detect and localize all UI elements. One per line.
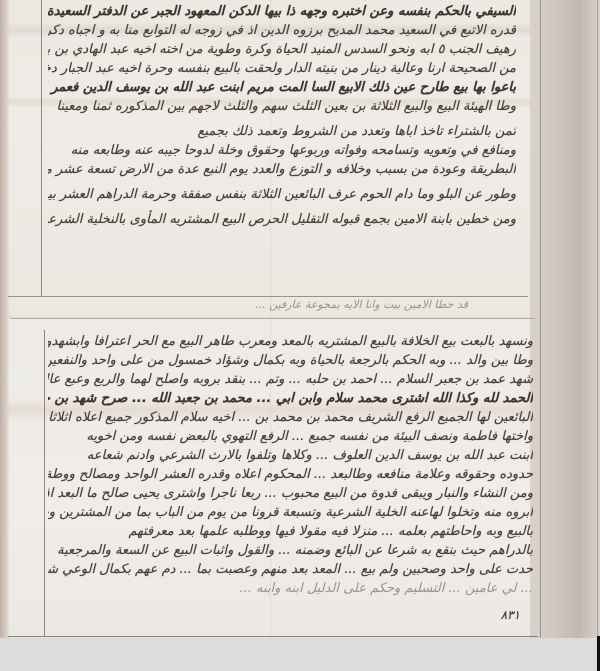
scanned-document: السيفي بالحكم بنفسه وعن اختبره وجهه ذا ب… bbox=[0, 0, 600, 638]
right-paper-edge bbox=[530, 0, 600, 638]
folio-note: ٨٣١ bbox=[480, 606, 520, 625]
manuscript-line: ومنافع في وتعويه وتسامحه وفواته وربوعها … bbox=[48, 141, 516, 160]
right-margin-rule bbox=[597, 0, 598, 638]
manuscript-line: وطا بين والد ... وبه الحكم بالرجعة بالحي… bbox=[48, 351, 533, 370]
manuscript-line: ومن خطين بابنة الامين بجمع قبوله التقليل… bbox=[48, 210, 516, 229]
left-margin-rule bbox=[44, 330, 45, 636]
manuscript-line: ... لي عامين ... التسليم وحكم على الدليل… bbox=[48, 579, 533, 598]
manuscript-line: ومن النشاء والنبار ويبقى فدوة من البيع م… bbox=[48, 484, 533, 503]
bottom-edge bbox=[8, 636, 538, 637]
manuscript-line: حدت على واحد وصحبين ولم بيع ... المعد بع… bbox=[48, 560, 533, 579]
upper-text-block: السيفي بالحكم بنفسه وعن اختبره وجهه ذا ب… bbox=[48, 2, 516, 229]
lower-text-block: ونسهد بالبعت بيع الخلافة بالبيع المشتريه… bbox=[48, 332, 533, 598]
manuscript-line: باعوا بها بيع طارح عين ذلك الابيع السا ا… bbox=[48, 78, 516, 97]
manuscript-line: حدوده وحقوقه وعلامة منافعه وطالبعد ... ا… bbox=[48, 465, 533, 484]
manuscript-line: ونسهد بالبعت بيع الخلافة بالبيع المشتريه… bbox=[48, 332, 533, 351]
manuscript-line: من الصحيحة ارنا وعالية دينار من بنيته ال… bbox=[48, 59, 516, 78]
manuscript-line: رهيف الجنب ٥ ابه ونحو السدس المنيد الحيا… bbox=[48, 40, 516, 59]
section-divider bbox=[10, 318, 535, 319]
manuscript-line: بالدراهم حيث بنقع به شرعا عن البائع وضمن… bbox=[48, 541, 533, 560]
manuscript-line: البائعين لها الجميع الرفع الشريف محمد بن… bbox=[48, 408, 533, 427]
manuscript-line: شهد عمد بن جعبر السلام ... احمد بن حلبه … bbox=[48, 370, 533, 389]
manuscript-line: وطور عن البلو وما دام الحوم عرف البائعين… bbox=[48, 185, 516, 204]
manuscript-line: ثمن بالشتراء تاخذ اباها وتعدد من الشروط … bbox=[48, 122, 516, 141]
faint-text-block: قد خطا الامين بيت وانا الايه بمجوعة عارف… bbox=[48, 298, 468, 312]
manuscript-line: البطريقة وعودة من بسبب وخلافه و التوزع و… bbox=[48, 160, 516, 179]
section-divider bbox=[8, 296, 528, 297]
manuscript-line: ابروه منه وتخلوا لهاعنه الخلية الشرعية و… bbox=[48, 503, 533, 522]
manuscript-line: الحمد لله وكذا الله اشترى محمد سلام وابن… bbox=[48, 389, 533, 408]
manuscript-line: بالبيع وبه واحاطتهم بعلمه ... منزلا فيه … bbox=[48, 522, 533, 541]
manuscript-line: واختها فاطمة ونصف البيئة من نفسه جميع ..… bbox=[48, 427, 533, 446]
manuscript-line: وطا الهيئة البيع والبيع الثلاثة بن بعين … bbox=[48, 97, 516, 116]
left-margin-rule bbox=[41, 0, 42, 296]
faint-line: قد خطا الامين بيت وانا الايه بمجوعة عارف… bbox=[48, 298, 468, 312]
manuscript-line: ابنت عبد الله بن يوسف الدين العلوف ... و… bbox=[48, 446, 533, 465]
scan-background bbox=[0, 638, 600, 671]
left-paper-edge bbox=[0, 0, 10, 638]
manuscript-line: السيفي بالحكم بنفسه وعن اختبره وجهه ذا ب… bbox=[48, 2, 516, 21]
manuscript-line: قدره الاتبع في السعيد محمد المديح برزوه … bbox=[48, 21, 516, 40]
